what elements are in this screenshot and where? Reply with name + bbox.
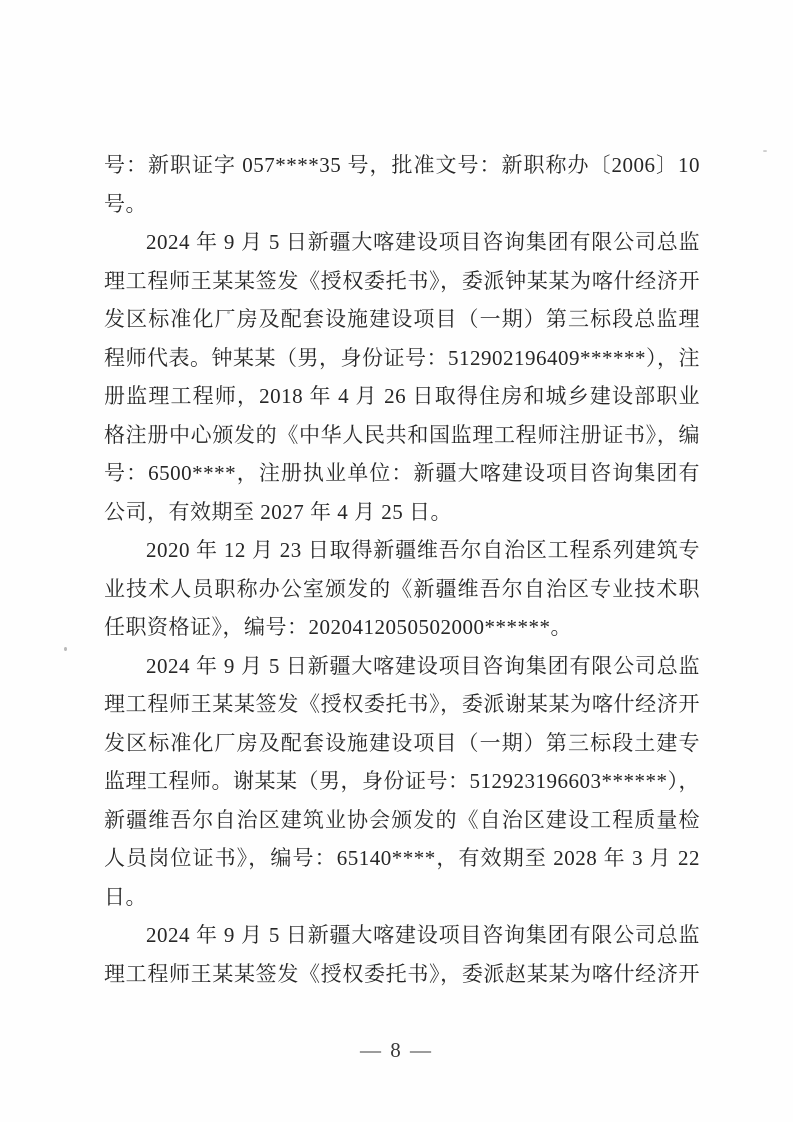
- scan-speck: [763, 150, 767, 152]
- text-line: 发区标准化厂房及配套设施建设项目（一期）第三标段总监理工: [104, 300, 700, 339]
- text-line: 册监理工程师，2018 年 4 月 26 日取得住房和城乡建设部职业资: [104, 377, 700, 416]
- text-line: 公司，有效期至 2027 年 4 月 25 日。: [104, 493, 700, 532]
- scan-speck: [562, 238, 564, 240]
- page-footer: — 8 —: [0, 1038, 793, 1063]
- text-line: 理工程师王某某签发《授权委托书》，委派钟某某为喀什经济开: [104, 262, 700, 301]
- scan-speck: [64, 647, 67, 651]
- text-line: 发区标准化厂房及配套设施建设项目（一期）第三标段土建专业: [104, 724, 700, 763]
- text-line: 2020 年 12 月 23 日取得新疆维吾尔自治区工程系列建筑专: [104, 531, 700, 570]
- text-line: 日。: [104, 878, 700, 917]
- text-line: 人员岗位证书》，编号：65140****，有效期至 2028 年 3 月 22: [104, 839, 700, 878]
- text-line: 2024 年 9 月 5 日新疆大喀建设项目咨询集团有限公司总监: [104, 647, 700, 686]
- scan-speck: [227, 311, 230, 314]
- text-line: 程师代表。钟某某（男，身份证号：512902196409******），注: [104, 339, 700, 378]
- text-line: 2024 年 9 月 5 日新疆大喀建设项目咨询集团有限公司总监: [104, 916, 700, 955]
- text-line: 理工程师王某某签发《授权委托书》，委派赵某某为喀什经济开: [104, 955, 700, 994]
- text-line: 号。: [104, 185, 700, 224]
- text-line: 2024 年 9 月 5 日新疆大喀建设项目咨询集团有限公司总监: [104, 223, 700, 262]
- text-line: 任职资格证》，编号：2020412050502000******。: [104, 608, 700, 647]
- text-line: 号：新职证字 057****35 号，批准文号：新职称办〔2006〕10: [104, 146, 700, 185]
- text-line: 业技术人员职称办公室颁发的《新疆维吾尔自治区专业技术职务: [104, 570, 700, 609]
- scanned-document-page: 号：新职证字 057****35 号，批准文号：新职称办〔2006〕10 号。 …: [0, 0, 793, 1122]
- text-line: 新疆维吾尔自治区建筑业协会颁发的《自治区建设工程质量检测: [104, 801, 700, 840]
- text-line: 格注册中心颁发的《中华人民共和国监理工程师注册证书》，编: [104, 416, 700, 455]
- document-body-text: 号：新职证字 057****35 号，批准文号：新职称办〔2006〕10 号。 …: [104, 146, 700, 993]
- page-number: — 8 —: [360, 1038, 433, 1062]
- text-line: 监理工程师。谢某某（男，身份证号：512923196603******），: [104, 762, 700, 801]
- text-line: 号：6500****，注册执业单位：新疆大喀建设项目咨询集团有限: [104, 454, 700, 493]
- text-line: 理工程师王某某签发《授权委托书》，委派谢某某为喀什经济开: [104, 685, 700, 724]
